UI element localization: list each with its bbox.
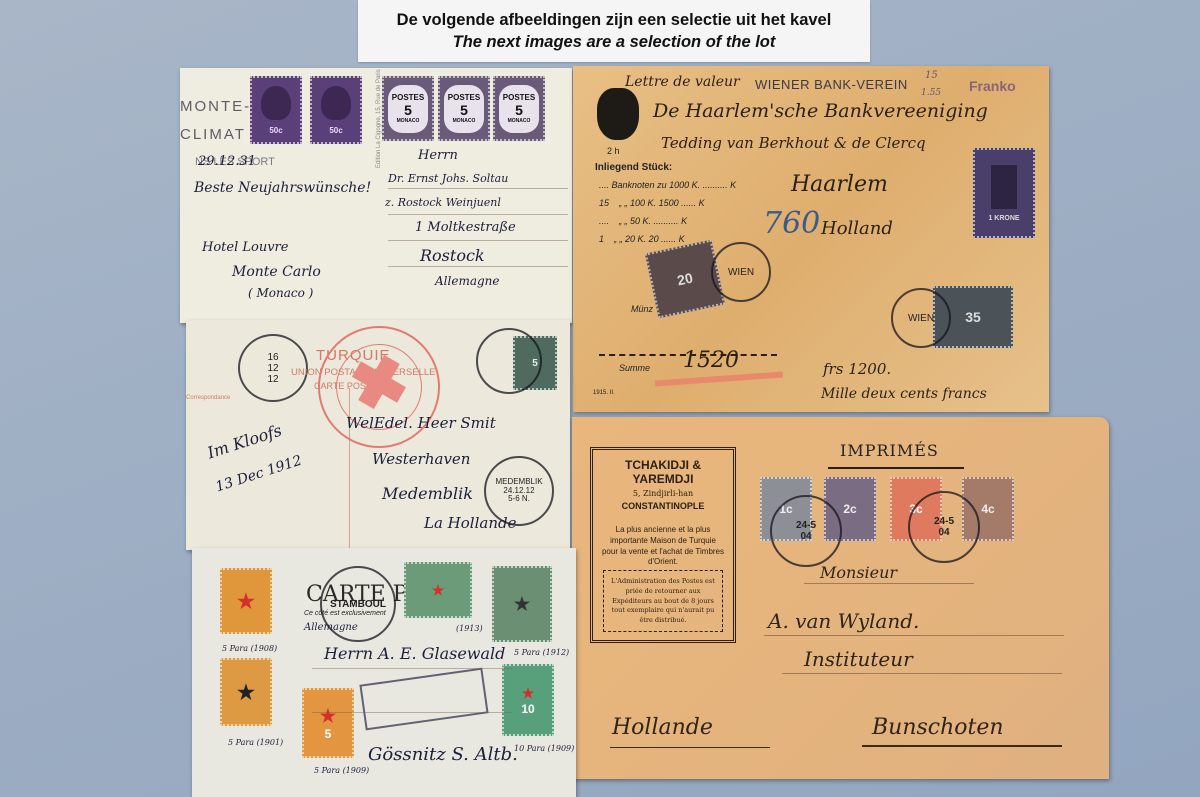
postage-value: 2 h (607, 146, 620, 156)
monaco-postcard: MONTE-C CLIMAT NS LES SPORT 50c 50c POST… (180, 68, 572, 323)
declared-value: frs 1200. (823, 360, 891, 378)
publisher-imprint: Edition La Cigogne, 15, Rue de Paris (376, 69, 382, 168)
austria-value-letter: 2 h Lettre de valeur WIENER BANK-VEREIN … (573, 66, 1049, 412)
caption-dutch: De volgende afbeeldingen zijn een select… (358, 11, 870, 30)
declared-words: Mille deux cents francs (821, 386, 987, 402)
austria-stamp-1-krone: 1 KRONE (973, 148, 1035, 238)
sender-line1: Hotel Louvre (202, 240, 288, 255)
mark-top: 15 (925, 70, 938, 81)
form-row-100: 15 „ „ 100 K. 1500 ...... K (599, 198, 705, 208)
turkish-stamp-2: ★ (404, 562, 472, 618)
turkish-stamp-4: ★ (220, 658, 272, 726)
medemblik-cancel: MEDEMBLIK 24.12.12 5-6 N. (484, 456, 554, 526)
address-line1: Herrn (418, 148, 458, 163)
portrait-icon (991, 165, 1017, 209)
caption-english: The next images are a selection of the l… (358, 33, 870, 52)
double-eagle-icon (597, 88, 639, 140)
coin-label: Münz (631, 304, 653, 314)
message-date: 13 Dec 1912 (214, 453, 304, 496)
sum-label: Summe (619, 363, 650, 373)
sum-value: 1520 (683, 348, 739, 373)
stamp-note-6: 10 Para (1909) (514, 744, 574, 753)
constantinople-cancel-1: 24-5 04 (770, 495, 842, 567)
franko-stamp: Franko (969, 78, 1016, 94)
constantinople-cancel-2: 24-5 04 (908, 491, 980, 563)
monaco-stamp-50c-1: 50c (250, 76, 302, 144)
red-star-icon: ★ (237, 589, 255, 614)
red-star-icon: ★ (320, 706, 336, 727)
address-city: Gössnitz S. Altb. (368, 744, 518, 765)
company-description: La plus ancienne et la plus importante M… (601, 525, 725, 568)
return-notice: L'Administration des Postes est priée de… (603, 570, 723, 632)
portrait-icon (261, 86, 291, 120)
portrait-icon (321, 86, 351, 120)
monaco-postes-stamp-3: POSTES 5 MONACO (493, 76, 545, 141)
lot-caption: De volgende afbeeldingen zijn een select… (358, 0, 870, 62)
stamboul-cancel: STAMBOUL (320, 566, 396, 642)
date-handwriting: 29.12.31 (198, 154, 256, 169)
stamp-note-5: 5 Para (1909) (314, 766, 369, 775)
recipient-salutation: Monsieur (820, 563, 897, 582)
greeting-handwriting: Beste Neujahrswünsche! (194, 180, 371, 196)
stamp-note-3: 5 Para (1912) (514, 648, 569, 657)
message-sender: Im Kloofs (205, 421, 284, 463)
company-name: TCHAKIDJI & YAREMDJI (593, 458, 733, 486)
sender-line3: ( Monaco ) (248, 286, 313, 300)
dealer-advert-box: TCHAKIDJI & YAREMDJI 5, Zindjirli-han CO… (590, 447, 736, 643)
machine-cancel-line2: CLIMAT (180, 126, 246, 143)
address-recipient: Herrn A. E. Glasewald (324, 644, 505, 663)
addressee-city: Haarlem (791, 172, 888, 197)
company-city: CONSTANTINOPLE (593, 501, 733, 511)
recipient-country: Hollande (612, 715, 713, 740)
turkish-stamp-6: ★10 (502, 664, 554, 736)
blue-number: 760 (763, 206, 820, 241)
red-star-icon: ★ (432, 582, 445, 599)
address-line4: 1 Moltkestraße (415, 220, 516, 235)
imprimes-cover: TCHAKIDJI & YAREMDJI 5, Zindjirli-han CO… (572, 417, 1109, 779)
address-country: Allemagne (435, 274, 500, 288)
addressee-firm: Tedding van Berkhout & de Clercq (661, 134, 926, 152)
arabic-box-cachet (359, 668, 488, 731)
red-star-icon: ★ (522, 685, 535, 702)
mark-bottom: 1.55 (921, 88, 941, 98)
sender-line2: Monte Carlo (232, 264, 321, 280)
correspondence-label: Correspondance (186, 395, 230, 401)
address-line3: Medemblik (382, 484, 473, 503)
address-line3: z. Rostock Weinjuenl (385, 196, 501, 209)
monaco-postes-stamp-1: POSTES 5 MONACO (382, 76, 434, 141)
address-line2: Westerhaven (372, 450, 470, 468)
form-row-1000: .... Banknoten zu 1000 K. .......... K (599, 180, 736, 190)
address-city: Rostock (420, 246, 485, 265)
bank-stamp: WIENER BANK-VEREIN (755, 77, 908, 92)
stamp-note-1: 5 Para (1908) (222, 644, 277, 653)
recipient-name: A. van Wyland. (768, 609, 919, 633)
company-address: 5, Zindjirli-han (593, 489, 733, 498)
form-heading: Inliegend Stück: (595, 162, 672, 173)
monaco-stamp-50c-2: 50c (310, 76, 362, 144)
recipient-town: Bunschoten (872, 715, 1004, 740)
lettre-de-valeur: Lettre de valeur (625, 74, 740, 90)
black-star-icon: ★ (237, 680, 255, 705)
print-code: 1915. II. (593, 390, 615, 396)
turkish-stamp-3: ★ (492, 566, 552, 642)
turkish-stamp-5: ★5 (302, 688, 354, 758)
monaco-postes-stamp-2: POSTES 5 MONACO (438, 76, 490, 141)
stamp-note-4: 5 Para (1901) (228, 738, 283, 747)
imprimes-heading: IMPRIMÉS (840, 441, 939, 460)
turkish-stamp-1: ★ (220, 568, 272, 634)
turkish-multi-stamp-postcard: CARTE PO Ce côté est exclusivement Allem… (192, 548, 576, 797)
recipient-title: Instituteur (804, 647, 913, 671)
address-line1: WelEdel. Heer Smit (346, 414, 496, 432)
address-line2: Dr. Ernst Johs. Soltau (388, 172, 508, 185)
black-star-icon: ★ (514, 594, 530, 615)
stamp-cancel (476, 328, 542, 394)
wien-cancel-2: WIEN (891, 288, 951, 348)
turquie-red-cross-postcard: 16 12 12 TURQUIE UNION POSTALE UNIVERSEL… (186, 320, 570, 550)
stamp-note-2: (1913) (456, 624, 483, 633)
form-row-50: .... „ „ 50 K. .......... K (599, 216, 687, 226)
form-row-20: 1 „ „ 20 K. 20 ...... K (599, 234, 685, 244)
addressee-bank: De Haarlem'sche Bankvereeniging (653, 100, 988, 122)
red-crayon-line (655, 372, 783, 387)
wien-cancel: WIEN (711, 242, 771, 302)
addressee-country: Holland (821, 218, 893, 239)
